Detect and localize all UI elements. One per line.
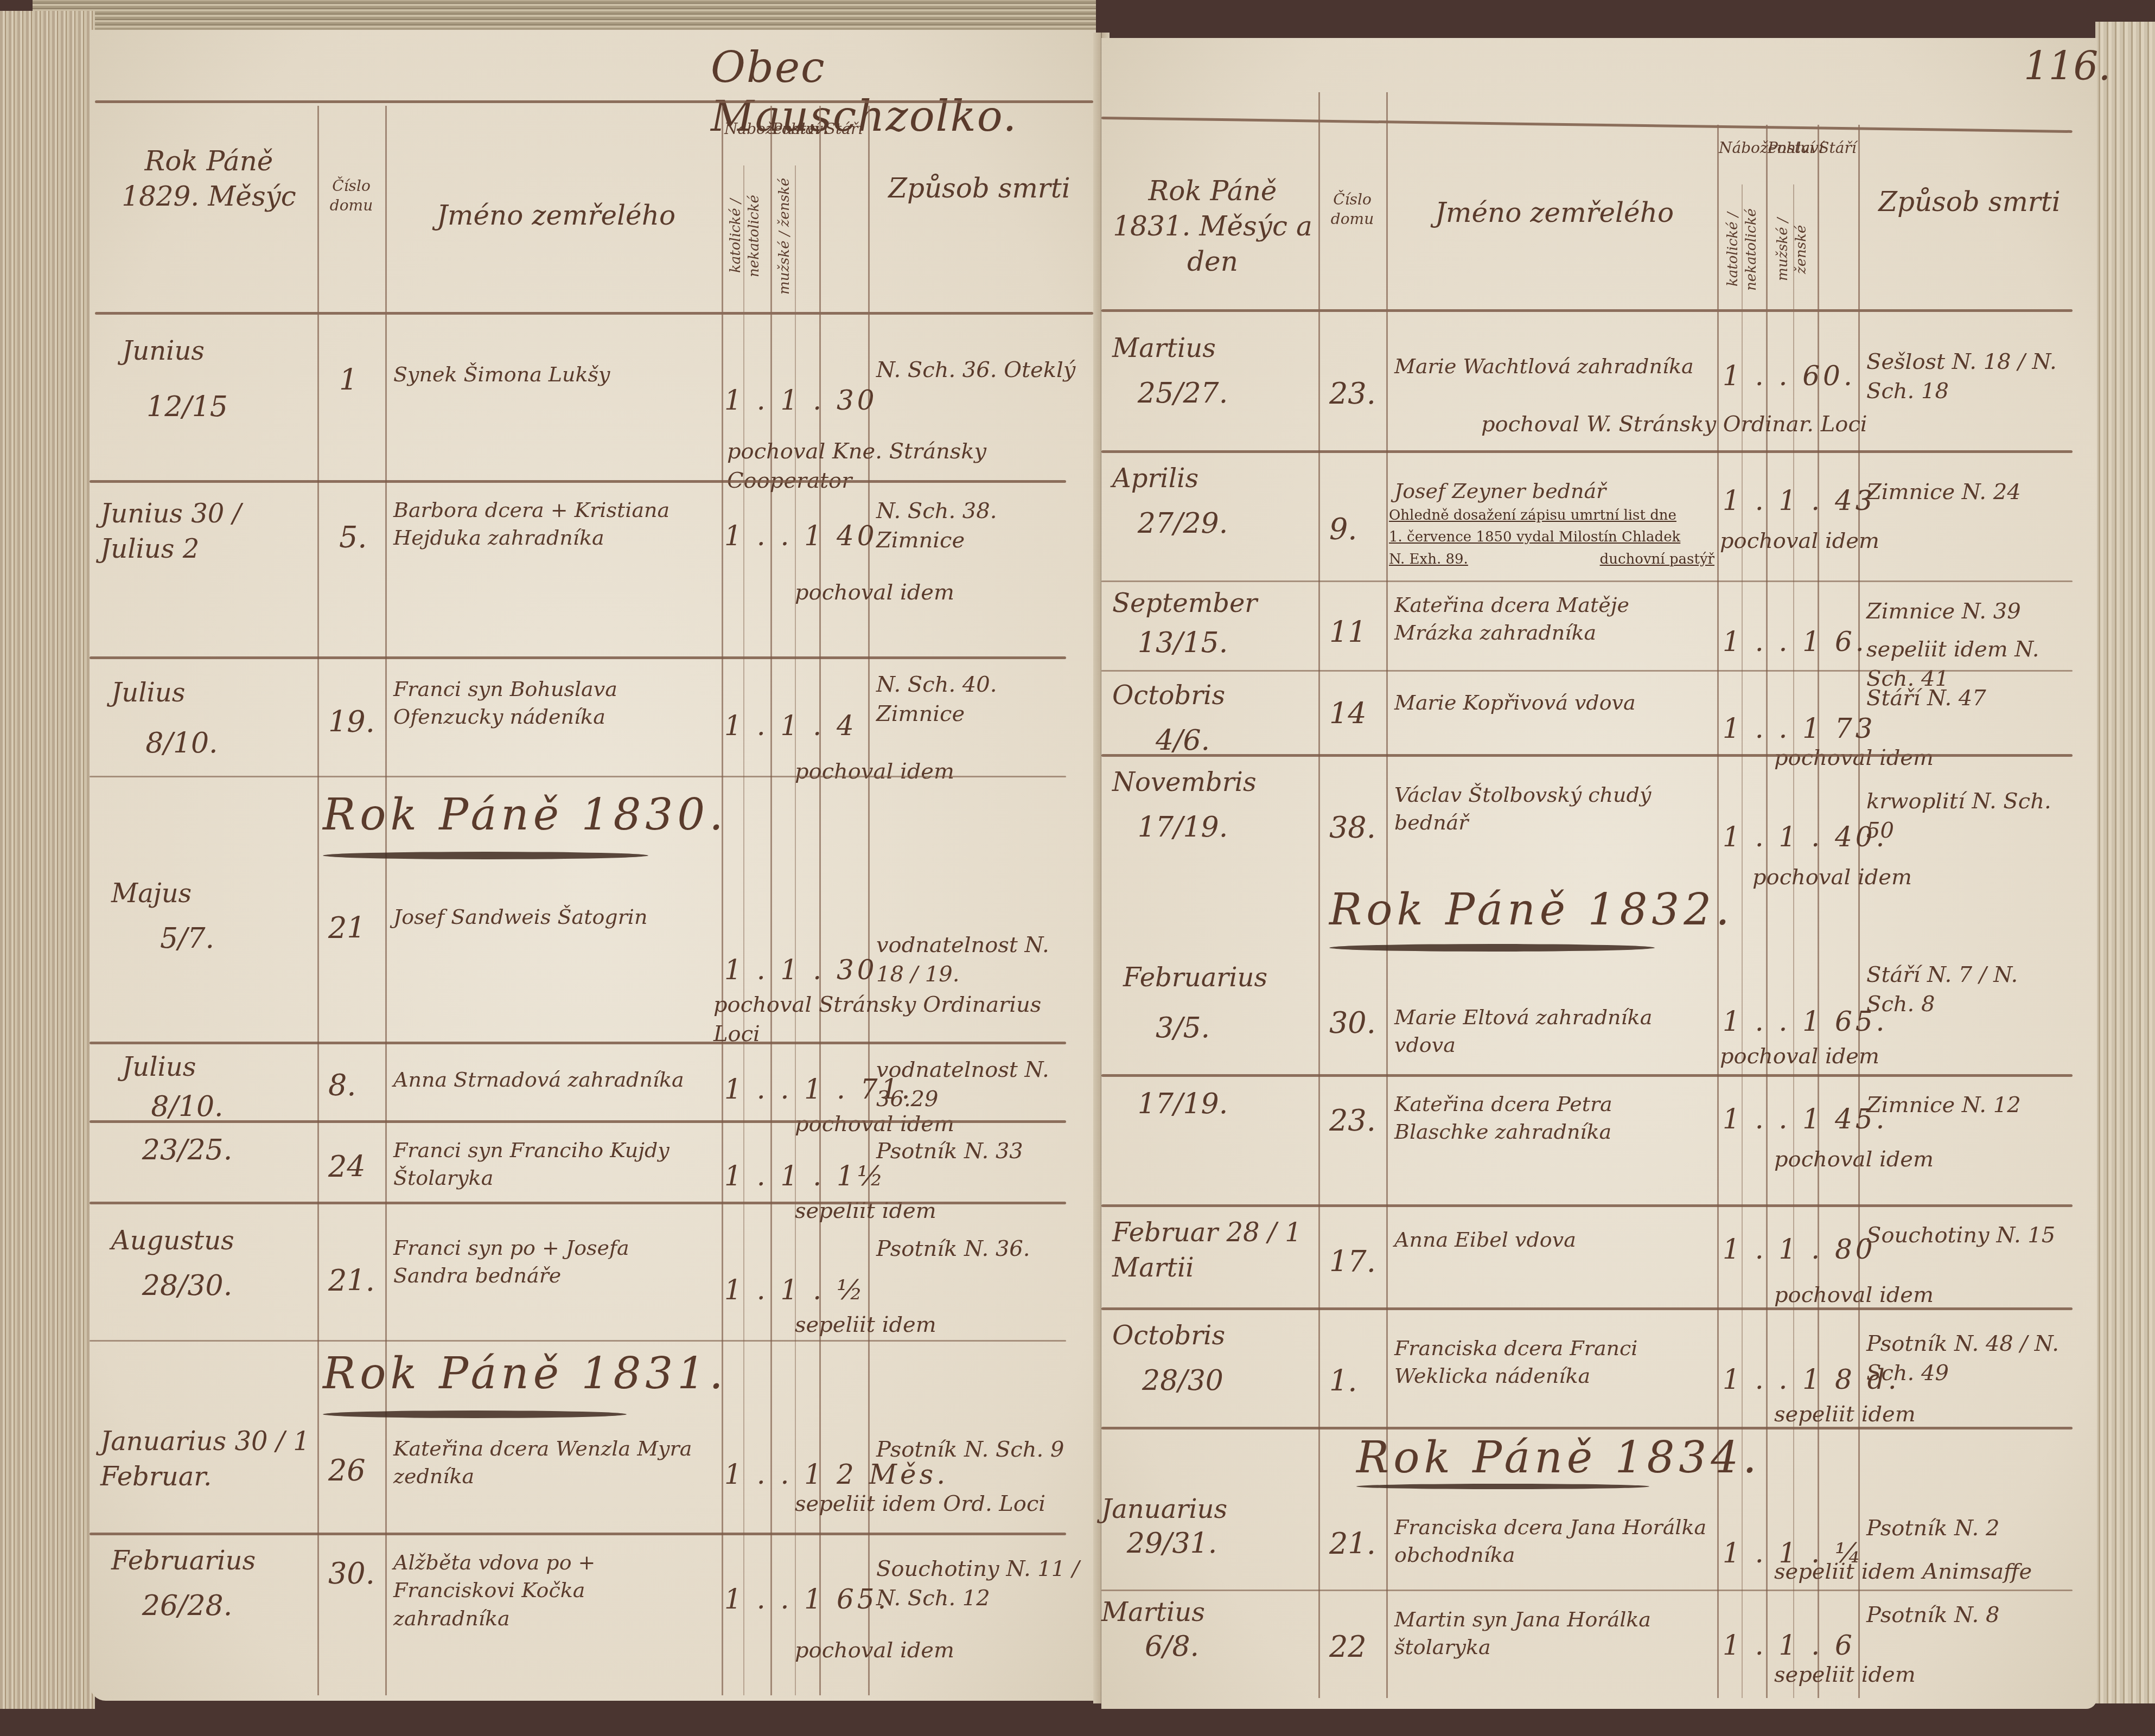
header-sex-sub: mužské / ženské	[776, 176, 794, 296]
entry-burial: pochoval idem	[795, 757, 1088, 786]
entry-religion-sex-age: 1 . . 60.	[1723, 358, 1856, 395]
row-rule	[90, 656, 1066, 659]
entry-date: 26/28.	[133, 1587, 241, 1625]
right-page: 116. Rok Páně 1831. Měsýc a den Číslo do…	[1101, 38, 2097, 1709]
entry-month: Junius 30 / Julius 2	[100, 496, 307, 567]
entry-house-number: 26	[328, 1451, 366, 1491]
entry-cause: Zimnice N. 39	[1866, 597, 2073, 626]
entry-cause: Psotník N. 2	[1866, 1514, 2073, 1543]
entry-date: 6/8.	[1118, 1627, 1226, 1665]
header-top-rule	[95, 100, 1093, 103]
header-religion: Náboženství	[1719, 138, 1765, 158]
year-heading-1832: Rok Páně 1832.	[1329, 884, 1734, 935]
entry-date: 28/30	[1128, 1362, 1237, 1400]
entry-cause: vodnatelnost N. 18 / 19.	[876, 930, 1082, 989]
entry-religion-sex-age: 1 . 1 . 30	[724, 952, 878, 989]
entry-cause: Psotník N. 48 / N. Sch. 49	[1866, 1329, 2073, 1388]
entry-religion-sex-age: 1 . 1 . 1½	[724, 1158, 887, 1195]
entry-name: Václav Štolbovský chudý bednář	[1394, 781, 1709, 837]
row-rule	[90, 1202, 1066, 1204]
entry-cause: Sešlost N. 18 / N. Sch. 18	[1866, 347, 2073, 406]
entry-burial: sepeliit idem Animsaffe	[1774, 1557, 2073, 1586]
row-rule	[90, 1533, 1066, 1535]
entry-month: September	[1112, 586, 1257, 621]
entry-house-number: 14	[1329, 694, 1367, 734]
entry-name: Franci syn Franciho Kujdy Štolaryka	[393, 1137, 697, 1192]
row-rule	[1101, 1307, 2073, 1310]
col-divider	[317, 106, 319, 1695]
col-divider	[385, 106, 387, 1695]
note-line-2: 1. července 1850 vydal Milostín Chladek	[1389, 526, 1714, 548]
entry-religion-sex-age: 1 . 1 . 80	[1723, 1231, 1876, 1268]
row-rule	[90, 480, 1066, 483]
entry-religion-sex-age: 1 . 1 . 40.	[1723, 819, 1888, 856]
note-exhibit-number: N. Exh. 89.	[1389, 548, 1468, 570]
row-rule	[90, 1120, 1066, 1123]
header-cause-of-death: Způsob smrti	[882, 171, 1077, 206]
entry-religion-sex-age: 1 . . 1 65.	[1723, 1004, 1888, 1041]
annotation-note-death-certificate: Ohledně dosažení zápisu umrtní list dne …	[1389, 505, 1714, 570]
entry-religion-sex-age: 1 . 1 . 4	[724, 708, 857, 745]
header-age: Stáří	[821, 119, 867, 139]
entry-name: Franciska dcera Franci Weklicka nádeníka	[1394, 1335, 1709, 1390]
entry-date: 29/31.	[1118, 1524, 1226, 1562]
entry-house-number: 24	[328, 1147, 366, 1187]
entry-burial: pochoval idem	[1720, 526, 2073, 556]
page-stack-top-edge	[33, 0, 1096, 30]
entry-house-number: 21.	[1329, 1524, 1376, 1564]
entry-house-number: 19.	[328, 703, 375, 742]
entry-month: Octobris	[1112, 678, 1225, 713]
entry-date: 12/15	[133, 388, 241, 426]
entry-burial: sepeliit idem	[1774, 1660, 2073, 1689]
entry-house-number: 21	[328, 909, 366, 948]
entry-cause: Psotník N. 36.	[876, 1234, 1082, 1263]
header-house-number: Číslo domu	[320, 176, 382, 216]
entry-month: Octobris	[1112, 1318, 1225, 1354]
entry-cause: krwoplití N. Sch. 50	[1866, 787, 2073, 845]
entry-religion-sex-age: 1 . 1 . 30	[724, 382, 878, 419]
entry-month: Aprilis	[1112, 461, 1198, 496]
entry-date: 17/19.	[1128, 1085, 1237, 1123]
entry-cause: N. Sch. 36. Oteklý	[876, 355, 1082, 385]
entry-cause: Souchotiny N. 15	[1866, 1221, 2073, 1250]
entry-religion-sex-age: 1 . . 1 73	[1723, 711, 1876, 748]
entry-house-number: 22	[1329, 1627, 1367, 1667]
year-heading-flourish	[1329, 944, 1655, 952]
entry-cause: N. Sch. 38. Zimnice	[876, 496, 1082, 555]
row-rule	[1101, 450, 2073, 453]
entry-name: Franciska dcera Jana Horálka obchodníka	[1394, 1514, 1709, 1569]
row-rule	[90, 1042, 1066, 1044]
entry-house-number: 38.	[1329, 808, 1376, 848]
entry-cause: Psotník N. Sch. 9	[876, 1435, 1082, 1464]
entry-date: 25/27.	[1128, 374, 1237, 412]
entry-cause: N. Sch. 40. Zimnice	[876, 670, 1082, 729]
entry-house-number: 11	[1329, 613, 1367, 653]
entry-burial: pochoval idem	[1774, 743, 2073, 773]
entry-date: 17/19.	[1128, 808, 1237, 846]
entry-house-number: 1.	[1329, 1362, 1357, 1401]
entry-date: 13/15.	[1128, 624, 1237, 662]
entry-cause: Psotník N. 33	[876, 1137, 1082, 1166]
entry-name: Synek Šimona Lukšy	[393, 361, 697, 388]
book-spread: Obec Mauschzolko. Rok Páně 1829. Měsýc Č…	[0, 0, 2155, 1736]
note-signature-title: duchovní pastýř	[1600, 548, 1714, 570]
entry-month: Junius	[122, 334, 205, 369]
year-heading-1834: Rok Páně 1834.	[1356, 1432, 1761, 1483]
note-line-1: Ohledně dosažení zápisu umrtní list dne	[1389, 505, 1714, 526]
entry-religion-sex-age: 1 . . 1 6.	[1723, 624, 1867, 661]
header-deceased-name: Jméno zemřelého	[393, 198, 719, 233]
entry-date: 3/5.	[1128, 1009, 1237, 1047]
entry-burial: pochoval Stránsky Ordinarius Loci	[713, 990, 1082, 1049]
header-bottom-rule	[95, 312, 1093, 315]
header-year-month: Rok Páně 1829. Měsýc	[111, 144, 307, 214]
entry-cause: Stáří N. 7 / N. Sch. 8	[1866, 960, 2073, 1019]
entry-month: Martius	[1112, 331, 1216, 366]
entry-month: Januarius	[1101, 1492, 1227, 1527]
entry-burial: pochoval idem	[1752, 863, 2073, 892]
row-rule	[1101, 670, 2073, 672]
header-top-rule	[1101, 117, 2073, 133]
page-number: 116.	[2024, 43, 2111, 89]
year-heading-flourish	[323, 1410, 627, 1418]
entry-month: Januarius 30 / 1 Februar.	[100, 1424, 317, 1495]
entry-date: 5/7.	[133, 920, 241, 958]
header-religion-sub: katolické / nekatolické	[727, 176, 764, 296]
entry-burial: sepeliit idem	[1774, 1400, 2073, 1429]
entry-religion-sex-age: 1 . . 1 65.	[724, 1581, 890, 1618]
page-stack-left-edge	[0, 11, 95, 1709]
row-rule	[1101, 1074, 2073, 1077]
entry-name: Kateřina dcera Matěje Mrázka zahradníka	[1394, 591, 1709, 647]
year-heading-1830: Rok Páně 1830.	[323, 789, 728, 840]
entry-house-number: 21.	[328, 1261, 375, 1301]
entry-month: Majus	[111, 876, 192, 911]
page-stack-right-edge	[2095, 22, 2155, 1703]
entry-name: Marie Wachtlová zahradníka	[1394, 353, 1709, 380]
entry-house-number: 1	[339, 361, 358, 400]
year-heading-1831: Rok Páně 1831.	[323, 1348, 728, 1399]
entry-burial: pochoval idem	[795, 578, 1088, 607]
row-rule	[90, 1340, 1066, 1342]
col-divider	[1858, 125, 1860, 1698]
col-divider	[722, 106, 723, 1695]
entry-name: Anna Eibel vdova	[1394, 1226, 1709, 1254]
entry-house-number: 9.	[1329, 510, 1357, 550]
row-rule	[90, 776, 1066, 777]
entry-house-number: 23.	[1329, 1101, 1376, 1141]
entry-month: Februarius	[111, 1543, 256, 1579]
header-religion: Náboženství	[724, 119, 768, 139]
header-cause-of-death: Způsob smrti	[1866, 184, 2073, 220]
entry-burial: pochoval idem	[1774, 1145, 2073, 1174]
entry-name: Josef Zeyner bednář	[1394, 477, 1709, 505]
entry-name: Franci syn Bohuslava Ofenzucky nádeníka	[393, 675, 697, 731]
entry-cause: Souchotiny N. 11 / N. Sch. 12	[876, 1554, 1082, 1613]
entry-name: Josef Sandweis Šatogrin	[393, 903, 697, 931]
entry-house-number: 8.	[328, 1066, 356, 1106]
row-rule	[1101, 1427, 2073, 1429]
entry-month: Julius	[122, 1050, 196, 1085]
header-sex: Pohlaví	[1768, 138, 1816, 158]
row-rule	[1101, 1204, 2073, 1207]
entry-month: Februarius	[1123, 960, 1267, 995]
left-page: Obec Mauschzolko. Rok Páně 1829. Měsýc Č…	[90, 30, 1096, 1701]
entry-name: Franci syn po + Josefa Sandra bednáře	[393, 1234, 697, 1290]
entry-cause: Zimnice N. 12	[1866, 1090, 2073, 1120]
year-heading-flourish	[323, 852, 648, 859]
header-religion-sub: katolické / nekatolické	[1724, 195, 1761, 304]
entry-name: Kateřina dcera Wenzla Myra zedníka	[393, 1435, 697, 1491]
row-rule	[1101, 754, 2073, 757]
entry-burial: pochoval idem	[795, 1636, 1088, 1665]
header-bottom-rule	[1101, 309, 2073, 312]
col-divider	[1318, 92, 1320, 1698]
entry-burial: pochoval idem	[1774, 1280, 2073, 1310]
entry-name: Martin syn Jana Horálka štolaryka	[1394, 1606, 1709, 1662]
entry-date: 28/30.	[133, 1267, 241, 1305]
entry-religion-sex-age: 1 . . 1 40	[724, 518, 878, 555]
entry-house-number: 17.	[1329, 1242, 1376, 1282]
entry-month: Novembris	[1112, 765, 1257, 800]
entry-cause: vodnatelnost N. 36.29	[876, 1055, 1082, 1114]
entry-house-number: 5.	[339, 518, 367, 558]
entry-name: Anna Strnadová zahradníka	[393, 1066, 697, 1094]
header-house-number: Číslo domu	[1321, 190, 1383, 229]
entry-date: 8/10.	[122, 724, 241, 762]
entry-house-number: 30.	[1329, 1004, 1376, 1043]
entry-name: Marie Kopřivová vdova	[1394, 689, 1709, 717]
entry-burial: pochoval Kne. Stránsky Cooperator	[727, 437, 1085, 495]
entry-burial: sepeliit idem Ord. Loci	[795, 1489, 1088, 1518]
entry-house-number: 30.	[328, 1554, 375, 1594]
entry-date: 23/25.	[133, 1131, 241, 1169]
entry-burial: pochoval idem	[1720, 1042, 2073, 1071]
entry-religion-sex-age: 1 . 1 . 6	[1723, 1627, 1856, 1664]
header-sex-sub: mužské / ženské	[1774, 195, 1811, 304]
entry-house-number: 23.	[1329, 374, 1376, 414]
entry-cause: Zimnice N. 24	[1866, 477, 2073, 507]
entry-name: Kateřina dcera Petra Blaschke zahradníka	[1394, 1090, 1709, 1146]
entry-month: Augustus	[111, 1223, 234, 1259]
entry-cause: Stáří N. 47	[1866, 684, 2073, 713]
year-heading-flourish	[1356, 1484, 1649, 1489]
header-sex: Pohlaví	[772, 119, 818, 139]
entry-cause: Psotník N. 8	[1866, 1600, 2073, 1630]
entry-burial: sepeliit idem	[795, 1310, 1088, 1339]
row-rule	[1101, 1590, 2073, 1591]
entry-name: Marie Eltová zahradníka vdova	[1394, 1004, 1709, 1060]
entry-burial: sepeliit idem	[795, 1196, 1088, 1226]
entry-date: 27/29.	[1128, 505, 1237, 542]
entry-religion-sex-age: 1 . 1 . ½	[724, 1272, 866, 1309]
entry-burial: pochoval W. Stránsky Ordinar. Loci	[1481, 410, 2073, 439]
entry-month: Februar 28 / 1 Martii	[1112, 1215, 1313, 1286]
row-rule	[1101, 580, 2073, 582]
header-year-month: Rok Páně 1831. Měsýc a den	[1112, 174, 1313, 279]
entry-month: Martius	[1101, 1595, 1205, 1630]
entry-name: Alžběta vdova po + Franciskovi Kočka zah…	[393, 1549, 697, 1632]
header-deceased-name: Jméno zemřelého	[1394, 195, 1714, 231]
entry-name: Barbora dcera + Kristiana Hejduka zahrad…	[393, 496, 697, 552]
entry-burial: pochoval idem	[795, 1109, 1088, 1139]
header-age: Stáří	[1819, 138, 1857, 158]
entry-religion-sex-age: 1 . . 1 45.	[1723, 1101, 1888, 1138]
entry-religion-sex-age: 1 . 1 . 43	[1723, 483, 1876, 520]
entry-month: Julius	[111, 675, 185, 711]
